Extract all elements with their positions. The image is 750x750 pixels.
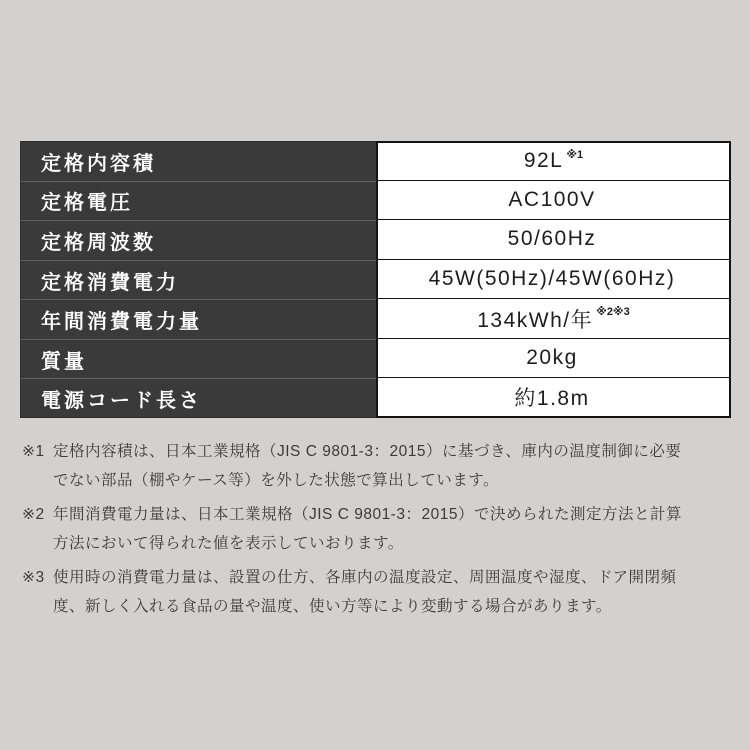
value-text: AC100V [508,188,595,212]
value-note-ref: ※1 [566,148,583,161]
table-row: 質量 20kg [20,339,731,379]
row-value-rated-frequency: 50/60Hz [376,220,731,260]
table-row: 定格電圧 AC100V [20,181,731,221]
row-label-rated-frequency: 定格周波数 [20,220,376,260]
row-label-rated-power: 定格消費電力 [20,260,376,300]
table-row: 定格内容積 92L※1 [20,141,731,181]
value-note-ref: ※2※3 [596,305,630,318]
value-text: 約1.8m [514,382,589,412]
table-row: 電源コード長さ 約1.8m [20,378,731,418]
row-value-annual-energy: 134kWh/年※2※3 [376,299,731,339]
row-label-cord-length: 電源コード長さ [20,378,376,418]
value-text: 45W(50Hz)/45W(60Hz) [429,267,676,291]
value-text: 20kg [526,346,578,370]
value-text: 50/60Hz [508,227,597,251]
footnote-2-marker: ※2 [22,500,53,558]
value-text: 92L [524,149,564,173]
table-row: 定格消費電力 45W(50Hz)/45W(60Hz) [20,260,731,300]
value-text: 134kWh/年 [477,304,593,334]
footnote-1-text: 定格内容積は、日本工業規格（JIS C 9801-3：2015）に基づき、庫内の… [53,437,683,495]
footnotes: ※1 定格内容積は、日本工業規格（JIS C 9801-3：2015）に基づき、… [22,437,730,626]
footnote-3-text: 使用時の消費電力量は、設置の仕方、各庫内の温度設定、周囲温度や湿度、ドア開閉頻度… [53,563,683,621]
row-value-rated-capacity: 92L※1 [376,141,731,181]
footnote-3: ※3 使用時の消費電力量は、設置の仕方、各庫内の温度設定、周囲温度や湿度、ドア開… [22,563,730,621]
row-value-rated-voltage: AC100V [376,181,731,221]
footnote-2-text: 年間消費電力量は、日本工業規格（JIS C 9801-3：2015）で決められた… [53,500,683,558]
row-label-weight: 質量 [20,339,376,379]
footnote-1-marker: ※1 [22,437,53,495]
row-value-weight: 20kg [376,339,731,379]
row-value-cord-length: 約1.8m [376,378,731,418]
row-label-rated-capacity: 定格内容積 [20,141,376,181]
spec-table: 定格内容積 92L※1 定格電圧 AC100V 定格周波数 50/60Hz 定格… [20,141,731,418]
row-label-rated-voltage: 定格電圧 [20,181,376,221]
row-label-annual-energy: 年間消費電力量 [20,299,376,339]
row-value-rated-power: 45W(50Hz)/45W(60Hz) [376,260,731,300]
table-row: 定格周波数 50/60Hz [20,220,731,260]
footnote-1: ※1 定格内容積は、日本工業規格（JIS C 9801-3：2015）に基づき、… [22,437,730,495]
footnote-2: ※2 年間消費電力量は、日本工業規格（JIS C 9801-3：2015）で決め… [22,500,730,558]
product-spec-image: 定格内容積 92L※1 定格電圧 AC100V 定格周波数 50/60Hz 定格… [0,0,750,750]
table-row: 年間消費電力量 134kWh/年※2※3 [20,299,731,339]
footnote-3-marker: ※3 [22,563,53,621]
